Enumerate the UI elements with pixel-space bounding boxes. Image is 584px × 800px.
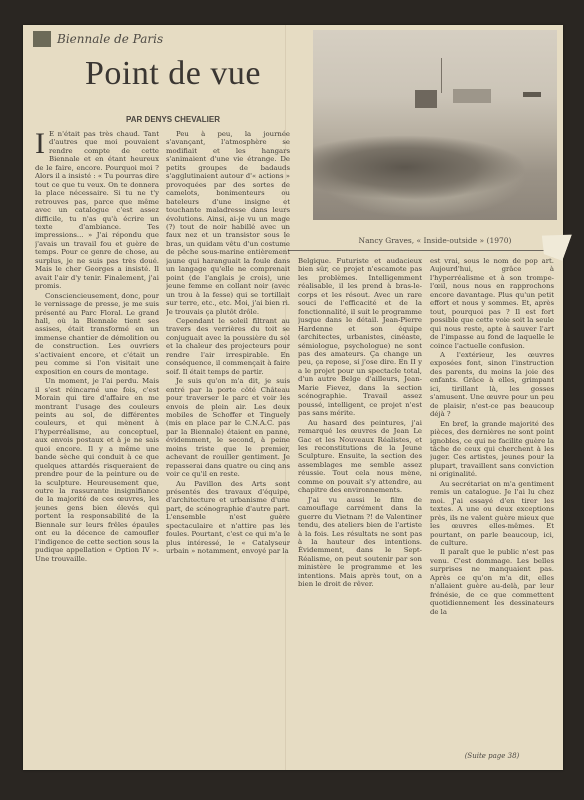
article-photo <box>313 30 557 220</box>
paragraph: Au Pavillon des Arts sont présentés des … <box>166 480 290 556</box>
paragraph: Peu à peu, la journée s'avançant, l'atmo… <box>166 130 290 316</box>
paragraph: IE n'était pas très chaud. Tant d'autres… <box>35 130 159 291</box>
paragraph: Au secrétariat on m'a gentiment remis un… <box>430 480 554 548</box>
text-column-4: est vrai, sous le nom de pop art. Aujour… <box>430 257 554 749</box>
paragraph: Je suis qu'on m'a dit, je suis entré par… <box>166 377 290 478</box>
caption-rule <box>288 250 556 251</box>
photo-mast <box>441 58 442 93</box>
paragraph: Au hasard des peintures, j'ai remarqué l… <box>298 419 422 495</box>
photo-tower <box>415 90 437 108</box>
newspaper-clipping: Biennale de Paris Point de vue PAR DENYS… <box>23 25 563 770</box>
section-label: Biennale de Paris <box>57 32 163 46</box>
byline: PAR DENYS CHEVALIER <box>23 115 323 124</box>
photo-block <box>523 92 541 97</box>
photo-structure <box>453 89 491 103</box>
continued-notice: (Suite page 38) <box>430 752 554 760</box>
paragraph: Belgique. Futuriste et audacieux bien sû… <box>298 257 422 418</box>
paragraph: est vrai, sous le nom de pop art. Aujour… <box>430 257 554 350</box>
photo-caption: Nancy Graves, « Inside-outside » (1970) <box>313 236 557 245</box>
text-column-1: IE n'était pas très chaud. Tant d'autres… <box>35 130 159 768</box>
photo-sculpture <box>313 115 543 210</box>
article-title: Point de vue <box>23 55 323 93</box>
drop-cap: I <box>35 131 45 157</box>
paragraph: Il paraît que le public n'est pas venu. … <box>430 548 554 616</box>
paragraph: J'ai vu aussi le film de camouflage carr… <box>298 496 422 589</box>
text-column-2: Peu à peu, la journée s'avançant, l'atmo… <box>166 130 290 768</box>
paragraph: Cependant le soleil filtrant au travers … <box>166 317 290 376</box>
paragraph: Consciencieusement, donc, pour le vernis… <box>35 292 159 377</box>
paragraph: Un moment, je l'ai perdu. Mais il s'est … <box>35 377 159 563</box>
paragraph: En bref, la grande majorité des pièces, … <box>430 420 554 479</box>
paragraph: A l'extérieur, les œuvres exposées font,… <box>430 351 554 419</box>
text-column-3: Belgique. Futuriste et audacieux bien sû… <box>298 257 422 767</box>
section-kicker: Biennale de Paris <box>33 31 163 47</box>
section-marker-icon <box>33 31 51 47</box>
